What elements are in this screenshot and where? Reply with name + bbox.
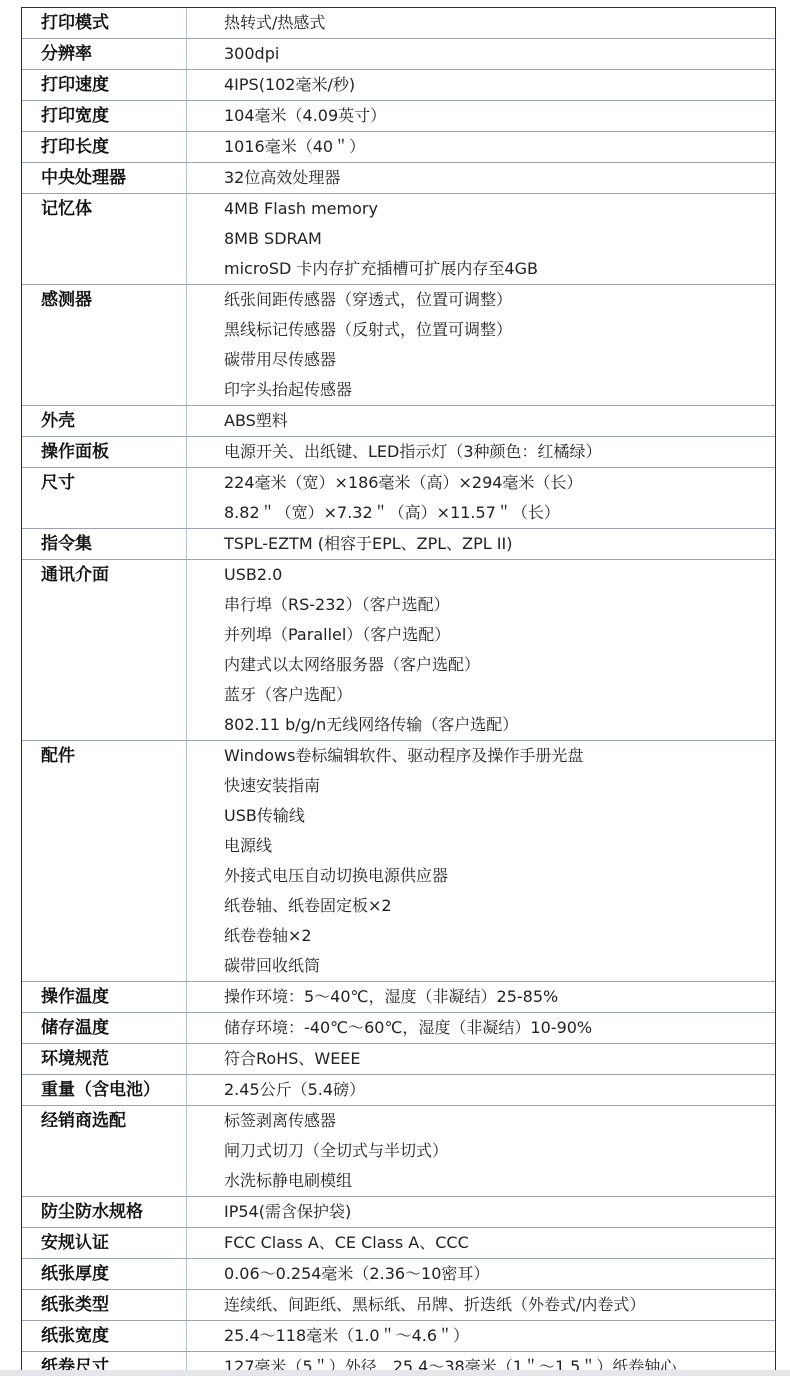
spec-values: FCC Class A、CE Class A、CCC [187,1228,775,1258]
spec-label: 安规认证 [22,1228,187,1258]
spec-value: 25.4～118毫米（1.0＂～4.6＂） [224,1321,775,1351]
spec-value: 蓝牙（客户选配） [224,680,775,710]
spec-value: 802.11 b/g/n无线网络传输（客户选配） [224,710,775,740]
spec-value: microSD 卡内存扩充插槽可扩展内存至4GB [224,254,775,284]
spec-label: 外壳 [22,406,187,436]
spec-row: 打印长度1016毫米（40＂） [22,132,775,163]
spec-value: 纸张间距传感器（穿透式，位置可调整） [224,285,775,315]
spec-value: 操作环境：5～40℃，湿度（非凝结）25-85% [224,982,775,1012]
spec-value: 电源线 [224,831,775,861]
spec-values: 储存环境：-40℃～60℃，湿度（非凝结）10-90% [187,1013,775,1043]
spec-label: 打印宽度 [22,101,187,131]
spec-label: 分辨率 [22,39,187,69]
spec-values: 32位高效处理器 [187,163,775,193]
spec-value: 印字头抬起传感器 [224,375,775,405]
spec-row: 指令集TSPL-EZTM (相容于EPL、ZPL、ZPL II) [22,529,775,560]
spec-value: 4MB Flash memory [224,194,775,224]
spec-label: 通讯介面 [22,560,187,740]
spec-label: 防尘防水规格 [22,1197,187,1227]
spec-values: 操作环境：5～40℃，湿度（非凝结）25-85% [187,982,775,1012]
spec-table: 打印模式热转式/热感式分辨率300dpi打印速度4IPS(102毫米/秒)打印宽… [21,7,776,1376]
spec-values: 104毫米（4.09英寸） [187,101,775,131]
spec-value: IP54(需含保护袋) [224,1197,775,1227]
spec-value: 32位高效处理器 [224,163,775,193]
spec-value: 储存环境：-40℃～60℃，湿度（非凝结）10-90% [224,1013,775,1043]
spec-label: 纸张厚度 [22,1259,187,1289]
spec-row: 环境规范符合RoHS、WEEE [22,1044,775,1075]
spec-row: 经销商选配标签剥离传感器闸刀式切刀（全切式与半切式）水洗标静电刷模组 [22,1106,775,1197]
spec-label: 经销商选配 [22,1106,187,1196]
spec-value: 连续纸、间距纸、黑标纸、吊牌、折迭纸（外卷式/内卷式） [224,1290,775,1320]
spec-row: 纸张宽度25.4～118毫米（1.0＂～4.6＂） [22,1321,775,1352]
spec-value: 8.82＂（宽）×7.32＂（高）×11.57＂（长） [224,498,775,528]
spec-value: ABS塑料 [224,406,775,436]
spec-value: 热转式/热感式 [224,8,775,38]
spec-row: 中央处理器32位高效处理器 [22,163,775,194]
spec-row: 纸张类型连续纸、间距纸、黑标纸、吊牌、折迭纸（外卷式/内卷式） [22,1290,775,1321]
spec-value: 104毫米（4.09英寸） [224,101,775,131]
spec-value: 224毫米（宽）×186毫米（高）×294毫米（长） [224,468,775,498]
spec-value: 内建式以太网络服务器（客户选配） [224,650,775,680]
page-bottom-strip [0,1370,790,1376]
spec-value: 0.06～0.254毫米（2.36～10密耳） [224,1259,775,1289]
spec-value: 300dpi [224,39,775,69]
spec-values: TSPL-EZTM (相容于EPL、ZPL、ZPL II) [187,529,775,559]
spec-label: 纸张宽度 [22,1321,187,1351]
spec-values: 连续纸、间距纸、黑标纸、吊牌、折迭纸（外卷式/内卷式） [187,1290,775,1320]
spec-value: TSPL-EZTM (相容于EPL、ZPL、ZPL II) [224,529,775,559]
spec-value: 标签剥离传感器 [224,1106,775,1136]
spec-label: 纸张类型 [22,1290,187,1320]
spec-value: 8MB SDRAM [224,224,775,254]
spec-values: 符合RoHS、WEEE [187,1044,775,1074]
spec-value: FCC Class A、CE Class A、CCC [224,1228,775,1258]
spec-values: ABS塑料 [187,406,775,436]
spec-label: 环境规范 [22,1044,187,1074]
spec-label: 记忆体 [22,194,187,284]
spec-values: 224毫米（宽）×186毫米（高）×294毫米（长）8.82＂（宽）×7.32＂… [187,468,775,528]
spec-row: 配件Windows卷标编辑软件、驱动程序及操作手册光盘快速安装指南USB传输线电… [22,741,775,982]
spec-value: 1016毫米（40＂） [224,132,775,162]
spec-value: Windows卷标编辑软件、驱动程序及操作手册光盘 [224,741,775,771]
spec-row: 纸张厚度0.06～0.254毫米（2.36～10密耳） [22,1259,775,1290]
spec-values: 2.45公斤（5.4磅） [187,1075,775,1105]
spec-values: 300dpi [187,39,775,69]
spec-values: 4MB Flash memory8MB SDRAMmicroSD 卡内存扩充插槽… [187,194,775,284]
spec-label: 尺寸 [22,468,187,528]
spec-value: 闸刀式切刀（全切式与半切式） [224,1136,775,1166]
spec-label: 感测器 [22,285,187,405]
spec-values: 电源开关、出纸键、LED指示灯（3种颜色：红橘绿） [187,437,775,467]
spec-label: 储存温度 [22,1013,187,1043]
spec-value: 2.45公斤（5.4磅） [224,1075,775,1105]
spec-value: 外接式电压自动切换电源供应器 [224,861,775,891]
spec-value: 电源开关、出纸键、LED指示灯（3种颜色：红橘绿） [224,437,775,467]
spec-label: 配件 [22,741,187,981]
spec-values: 25.4～118毫米（1.0＂～4.6＂） [187,1321,775,1351]
spec-values: IP54(需含保护袋) [187,1197,775,1227]
spec-row: 外壳ABS塑料 [22,406,775,437]
spec-label: 打印长度 [22,132,187,162]
spec-values: 纸张间距传感器（穿透式，位置可调整）黑线标记传感器（反射式，位置可调整）碳带用尽… [187,285,775,405]
spec-row: 安规认证FCC Class A、CE Class A、CCC [22,1228,775,1259]
spec-label: 打印模式 [22,8,187,38]
spec-row: 感测器纸张间距传感器（穿透式，位置可调整）黑线标记传感器（反射式，位置可调整）碳… [22,285,775,406]
spec-value: 纸卷卷轴×2 [224,921,775,951]
spec-values: 0.06～0.254毫米（2.36～10密耳） [187,1259,775,1289]
spec-value: 4IPS(102毫米/秒) [224,70,775,100]
spec-label: 打印速度 [22,70,187,100]
spec-row: 防尘防水规格IP54(需含保护袋) [22,1197,775,1228]
spec-values: 1016毫米（40＂） [187,132,775,162]
spec-row: 记忆体4MB Flash memory8MB SDRAMmicroSD 卡内存扩… [22,194,775,285]
spec-value: 串行埠（RS-232）（客户选配） [224,590,775,620]
spec-values: 热转式/热感式 [187,8,775,38]
spec-values: 4IPS(102毫米/秒) [187,70,775,100]
spec-value: 并列埠（Parallel）（客户选配） [224,620,775,650]
spec-row: 重量（含电池）2.45公斤（5.4磅） [22,1075,775,1106]
spec-values: USB2.0串行埠（RS-232）（客户选配）并列埠（Parallel）（客户选… [187,560,775,740]
spec-value: USB2.0 [224,560,775,590]
spec-value: 碳带用尽传感器 [224,345,775,375]
spec-label: 操作温度 [22,982,187,1012]
spec-values: Windows卷标编辑软件、驱动程序及操作手册光盘快速安装指南USB传输线电源线… [187,741,775,981]
spec-label: 指令集 [22,529,187,559]
spec-row: 操作面板电源开关、出纸键、LED指示灯（3种颜色：红橘绿） [22,437,775,468]
spec-row: 打印模式热转式/热感式 [22,8,775,39]
spec-value: 符合RoHS、WEEE [224,1044,775,1074]
spec-value: 黑线标记传感器（反射式，位置可调整） [224,315,775,345]
spec-label: 重量（含电池） [22,1075,187,1105]
spec-row: 打印速度4IPS(102毫米/秒) [22,70,775,101]
spec-value: 碳带回收纸筒 [224,951,775,981]
spec-label: 操作面板 [22,437,187,467]
spec-row: 分辨率300dpi [22,39,775,70]
spec-label: 中央处理器 [22,163,187,193]
spec-row: 尺寸224毫米（宽）×186毫米（高）×294毫米（长）8.82＂（宽）×7.3… [22,468,775,529]
spec-value: 快速安装指南 [224,771,775,801]
spec-row: 操作温度操作环境：5～40℃，湿度（非凝结）25-85% [22,982,775,1013]
spec-value: 水洗标静电刷模组 [224,1166,775,1196]
spec-row: 打印宽度104毫米（4.09英寸） [22,101,775,132]
spec-row: 通讯介面USB2.0串行埠（RS-232）（客户选配）并列埠（Parallel）… [22,560,775,741]
spec-value: 纸卷轴、纸卷固定板×2 [224,891,775,921]
spec-row: 储存温度储存环境：-40℃～60℃，湿度（非凝结）10-90% [22,1013,775,1044]
spec-values: 标签剥离传感器闸刀式切刀（全切式与半切式）水洗标静电刷模组 [187,1106,775,1196]
spec-value: USB传输线 [224,801,775,831]
